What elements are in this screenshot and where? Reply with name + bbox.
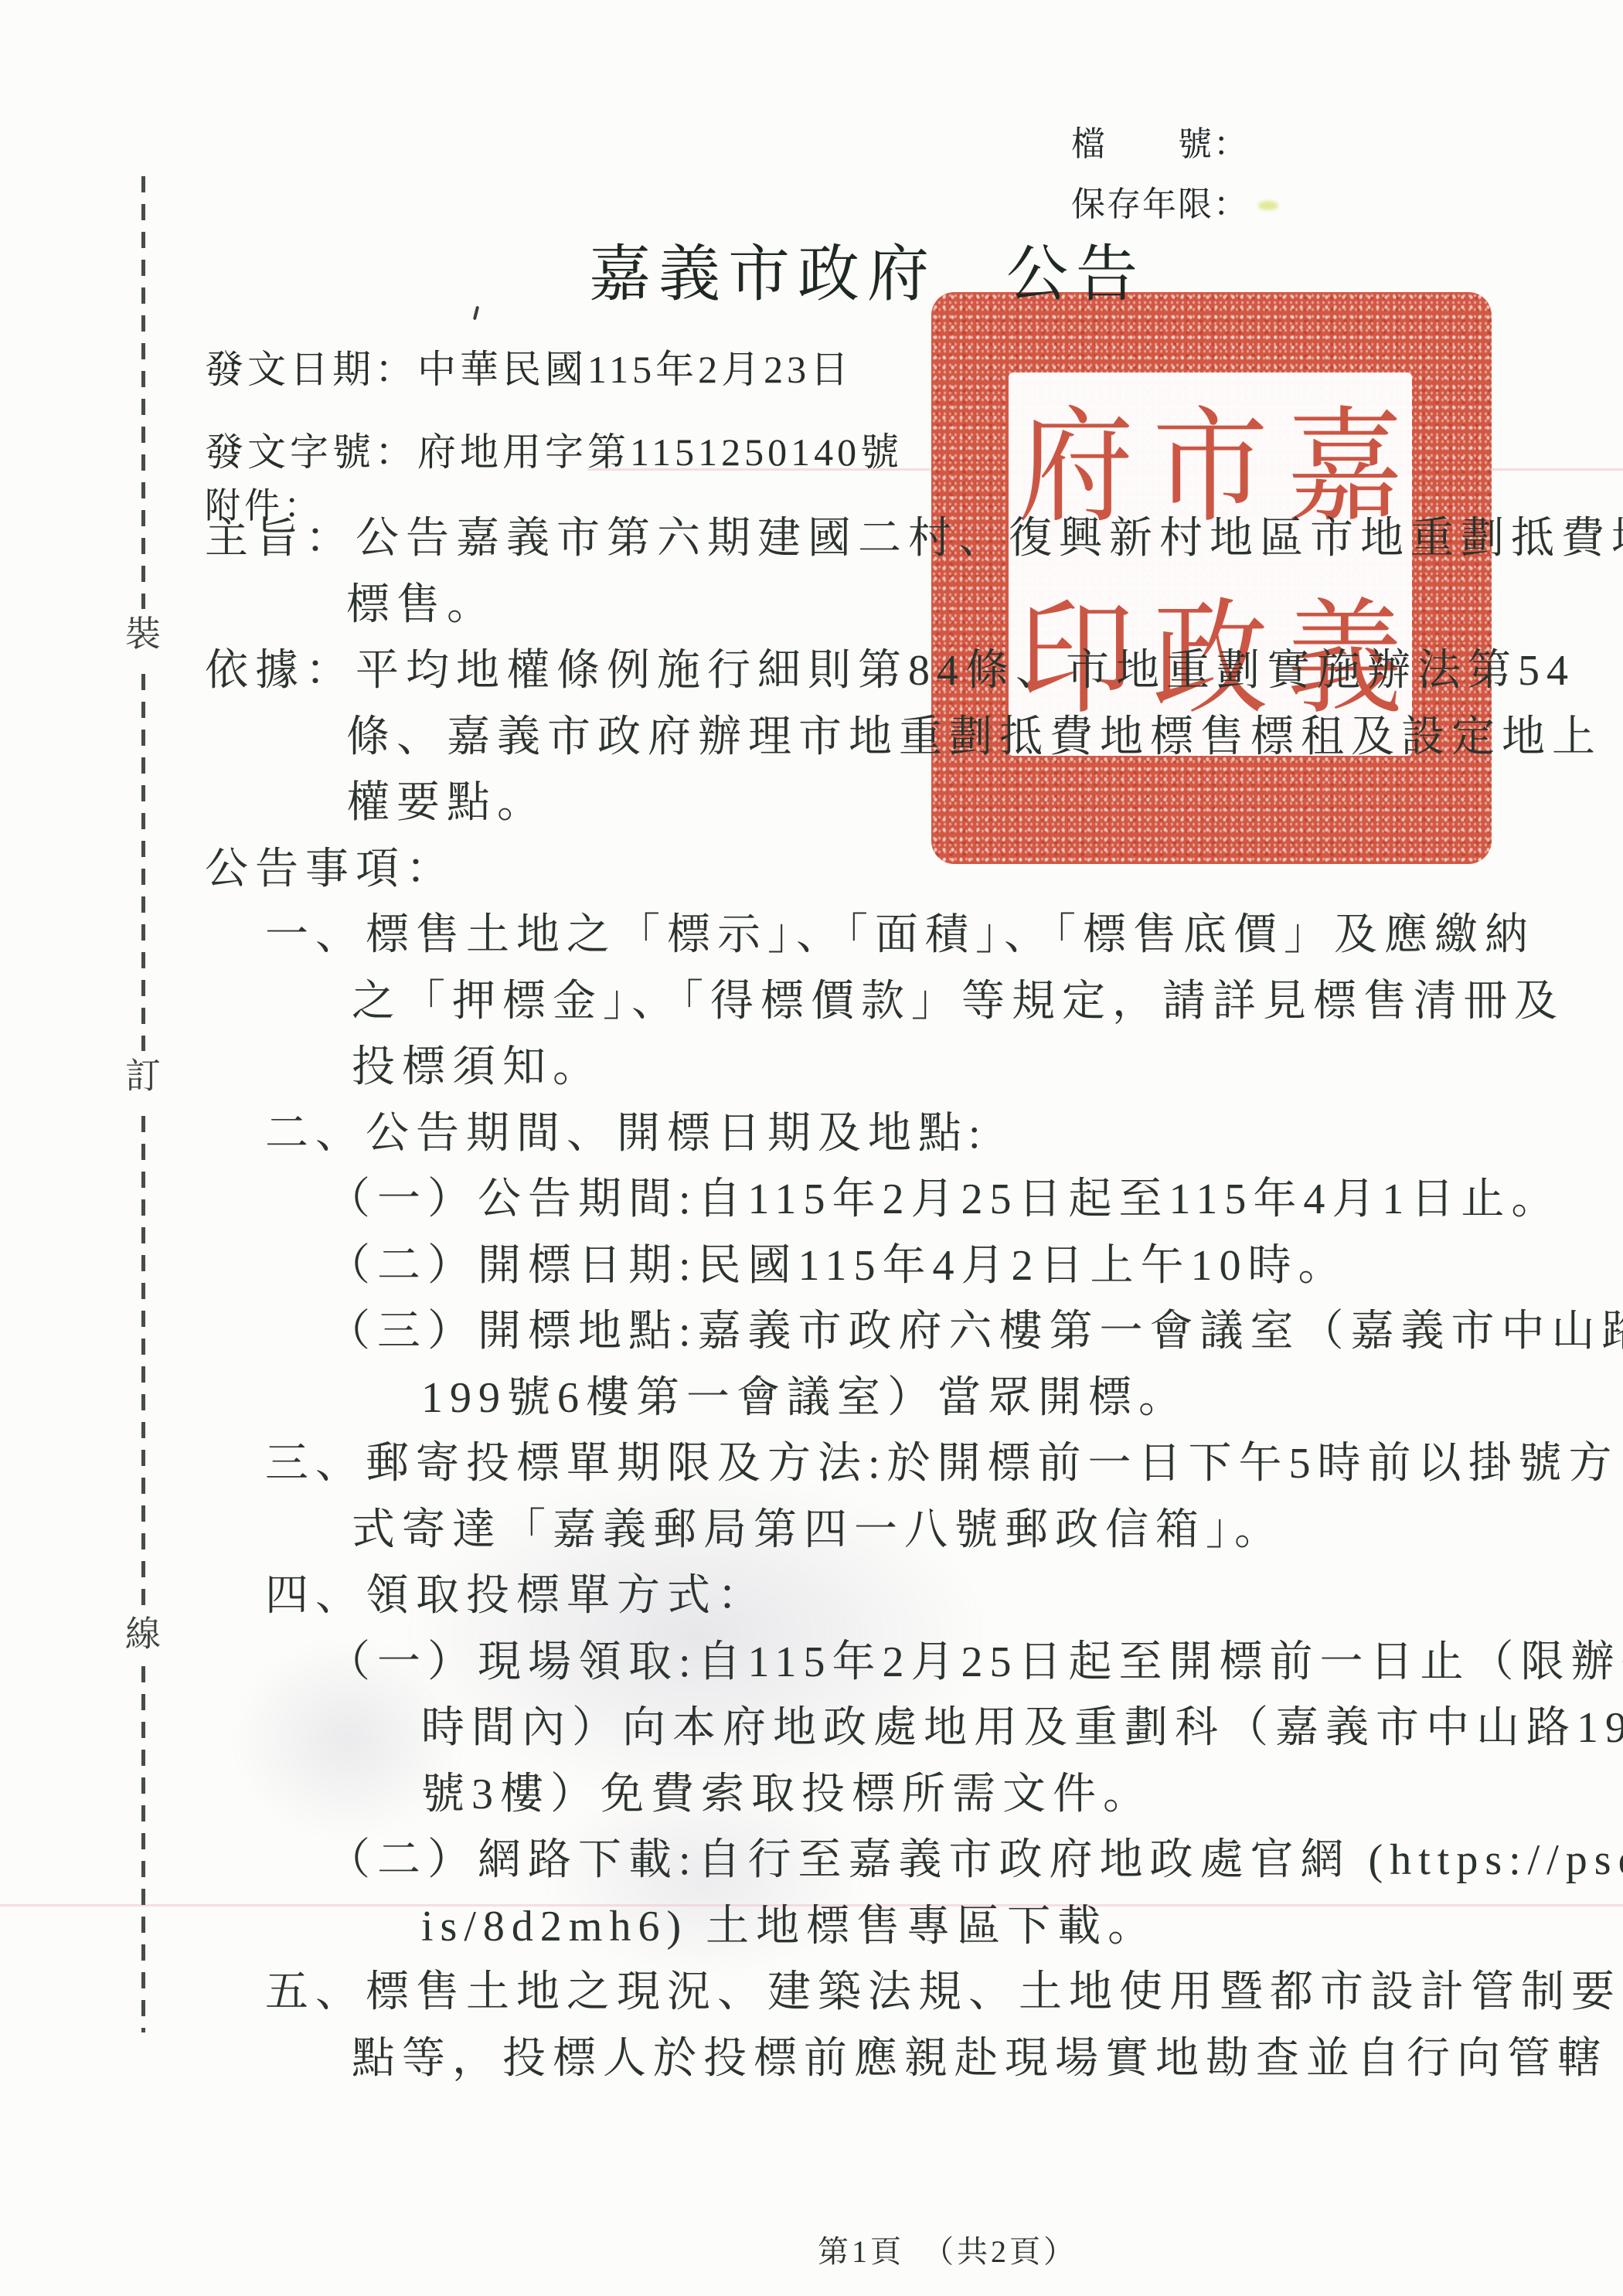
stray-ink-mark — [473, 306, 479, 320]
body-line: 三、郵寄投標單期限及方法:於開標前一日下午5時前以掛號方 — [265, 1431, 1623, 1498]
doc-number-line: 發文字號：府地用字第1151250140號 — [205, 421, 903, 477]
body-line: 五、標售土地之現況、建築法規、土地使用暨都市設計管制要 — [265, 1960, 1623, 2026]
body-line: （一）現場領取:自115年2月25日起至開標前一日止（限辦公 — [327, 1630, 1623, 1696]
archive-header: 檔 號： 保存年限： — [1071, 114, 1249, 235]
body-line: 一、標售土地之「標示」、「面積」、「標售底價」及應繳納 — [265, 903, 1623, 969]
body-line: 標售。 — [346, 573, 1623, 639]
page-number: 第1頁 （共2頁） — [818, 2227, 1077, 2271]
body-line: （二）網路下載:自行至嘉義市政府地政處官網 (https://pse. — [327, 1828, 1623, 1894]
body-line: 199號6樓第一會議室）當眾開標。 — [421, 1366, 1623, 1432]
body-line: （三）開標地點:嘉義市政府六樓第一會議室（嘉義市中山路 — [327, 1299, 1623, 1366]
scan-speck — [1258, 201, 1278, 210]
body-line: 投標須知。 — [352, 1035, 1623, 1101]
body-line: 條、嘉義市政府辦理市地重劃抵費地標售標租及設定地上 — [346, 705, 1623, 771]
file-number-label: 檔 號： — [1071, 114, 1249, 175]
body-line: is/8d2mh6) 土地標售專區下載。 — [421, 1894, 1623, 1961]
page-title: 嘉義市政府 公告 — [589, 224, 1145, 313]
body-line: 時間內）向本府地政處地用及重劃科（嘉義市中山路199 — [421, 1696, 1623, 1762]
body-line: 二、公告期間、開標日期及地點: — [265, 1101, 1623, 1168]
body-line: 四、領取投標單方式： — [265, 1563, 1623, 1630]
body-line: 號3樓）免費索取投標所需文件。 — [421, 1762, 1623, 1828]
body-line: 點等，投標人於投標前應親赴現場實地勘查並自行向管轄 — [352, 2026, 1623, 2093]
announcement-body: 主旨：公告嘉義市第六期建國二村、復興新村地區市地重劃抵費地 標售。 依據：平均地… — [0, 487, 1623, 2092]
body-line: （一）公告期間:自115年2月25日起至115年4月1日止。 — [327, 1167, 1623, 1233]
body-line: 之「押標金」、「得標價款」等規定，請詳見標售清冊及 — [352, 969, 1623, 1036]
body-line: 權要點。 — [346, 770, 1623, 837]
scanned-announcement-page: 嘉 義 市 政 府 印 裝 訂 線 檔 號： 保存年限： 嘉義市政府 公告 發文… — [0, 0, 1623, 2296]
body-line: 主旨：公告嘉義市第六期建國二村、復興新村地區市地重劃抵費地 — [205, 506, 1623, 573]
body-line: 依據：平均地權條例施行細則第84條、市地重劃實施辦法第54 — [205, 638, 1623, 705]
body-line: 公告事項： — [205, 837, 1623, 903]
issue-date-line: 發文日期：中華民國115年2月23日 — [205, 338, 852, 394]
body-line: （二）開標日期:民國115年4月2日上午10時。 — [327, 1233, 1623, 1300]
body-line: 式寄達「嘉義郵局第四一八號郵政信箱」。 — [352, 1498, 1623, 1564]
